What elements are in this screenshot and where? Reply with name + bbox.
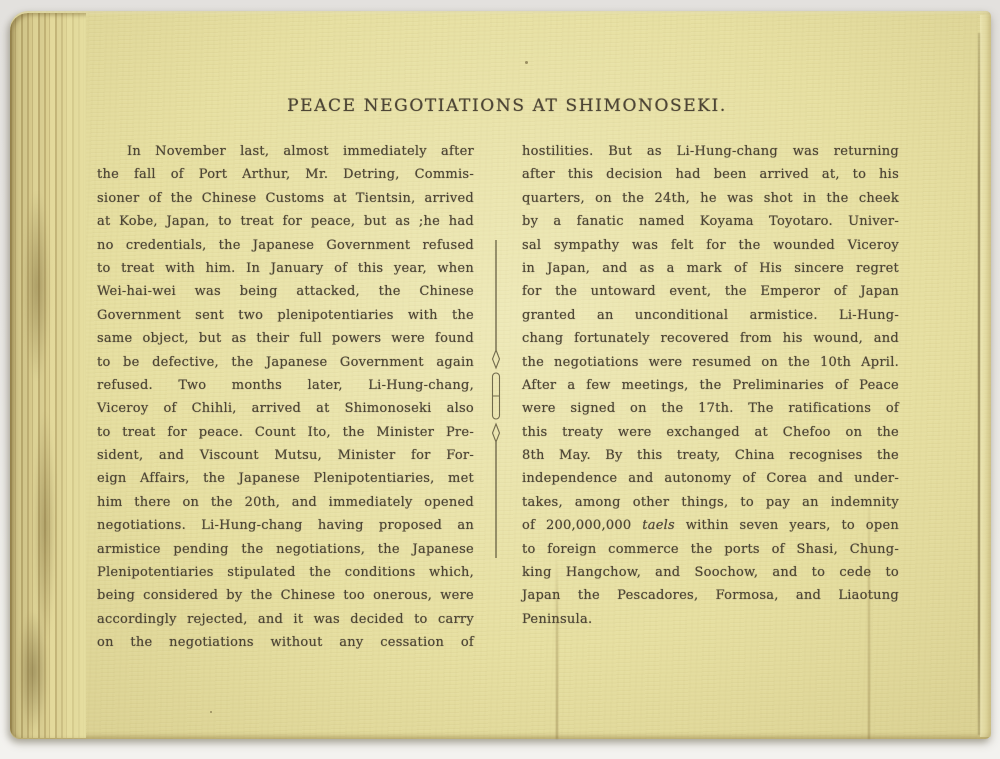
photo-backdrop: PEACE NEGOTIATIONS AT SHIMONOSEKI. In No…: [0, 0, 1000, 759]
text-line: of 200,000,000 taels within seven years,…: [522, 514, 899, 537]
text-line: at Kobe, Japan, to treat for peace, but …: [97, 210, 474, 233]
page-title: PEACE NEGOTIATIONS AT SHIMONOSEKI.: [111, 96, 903, 116]
text-line: same object, but as their full powers we…: [97, 327, 474, 350]
text-line: sioner of the Chinese Customs at Tientsi…: [97, 187, 474, 210]
text-line: this treaty were exchanged at Chefoo on …: [522, 421, 899, 444]
text-line: Japan the Pescadores, Formosa, and Liaot…: [522, 584, 899, 607]
text-line: After a few meetings, the Preliminaries …: [522, 374, 899, 397]
ink-speck: [210, 711, 212, 713]
text-line: Viceroy of Chihli, arrived at Shimonosek…: [97, 397, 474, 420]
text-column-right: hostilities. But as Li-Hung-chang was re…: [522, 140, 899, 655]
text-line: Wei-hai-wei was being attacked, the Chin…: [97, 280, 474, 303]
text-line: chang fortunately recovered from his wou…: [522, 327, 899, 350]
text-column-left: In November last, almost immediately aft…: [97, 140, 474, 655]
text-line: independence and autonomy of Corea and u…: [522, 467, 899, 490]
text-line: sident, and Viscount Mutsu, Minister for…: [97, 444, 474, 467]
text-line: were signed on the 17th. The ratificatio…: [522, 397, 899, 420]
text-line: by a fanatic named Koyama Toyotaro. Univ…: [522, 210, 899, 233]
text-line: quarters, on the 24th, he was shot in th…: [522, 187, 899, 210]
text-line: king Hangchow, and Soochow, and to cede …: [522, 561, 899, 584]
page-edge-line: [978, 33, 980, 735]
text-line: to be defective, the Japanese Government…: [97, 351, 474, 374]
text-line: him there on the 20th, and immediately o…: [97, 491, 474, 514]
text-line: hostilities. But as Li-Hung-chang was re…: [522, 140, 899, 163]
text-line: to treat for peace. Count Ito, the Minis…: [97, 421, 474, 444]
text-line: in Japan, and as a mark of His sincere r…: [522, 257, 899, 280]
text-line: sal sympathy was felt for the wounded Vi…: [522, 234, 899, 257]
text-line: eign Affairs, the Japanese Plenipotentia…: [97, 467, 474, 490]
text-line: for the untoward event, the Emperor of J…: [522, 280, 899, 303]
text-line: refused. Two months later, Li-Hung-chang…: [97, 374, 474, 397]
text-line: 8th May. By this treaty, China recognise…: [522, 444, 899, 467]
text-line: after this decision had been arrived at,…: [522, 163, 899, 186]
text-line: to foreign commerce the ports of Shasi, …: [522, 538, 899, 561]
column-divider-ornament: [488, 240, 504, 558]
text-line: on the negotiations without any cessatio…: [97, 631, 474, 654]
text-line: takes, among other things, to pay an ind…: [522, 491, 899, 514]
text-line: being considered by the Chinese too oner…: [97, 584, 474, 607]
page-edge-strip: [980, 15, 991, 737]
text-line: granted an unconditional armistice. Li-H…: [522, 304, 899, 327]
text-line: no credentials, the Japanese Government …: [97, 234, 474, 257]
page-stack-edge: [10, 13, 86, 738]
text-line: Plenipotentiaries stipulated the conditi…: [97, 561, 474, 584]
text-line: armistice pending the negotiations, the …: [97, 538, 474, 561]
text-line: Peninsula.: [522, 608, 899, 631]
text-line: the negotiations were resumed on the 10t…: [522, 351, 899, 374]
text-line: negotiations. Li-Hung-chang having propo…: [97, 514, 474, 537]
book-page: PEACE NEGOTIATIONS AT SHIMONOSEKI. In No…: [10, 11, 991, 739]
text-line: In November last, almost immediately aft…: [97, 140, 474, 163]
text-line: Government sent two plenipotentiaries wi…: [97, 304, 474, 327]
text-line: the fall of Port Arthur, Mr. Detring, Co…: [97, 163, 474, 186]
text-line: to treat with him. In January of this ye…: [97, 257, 474, 280]
text-line: accordingly rejected, and it was decided…: [97, 608, 474, 631]
